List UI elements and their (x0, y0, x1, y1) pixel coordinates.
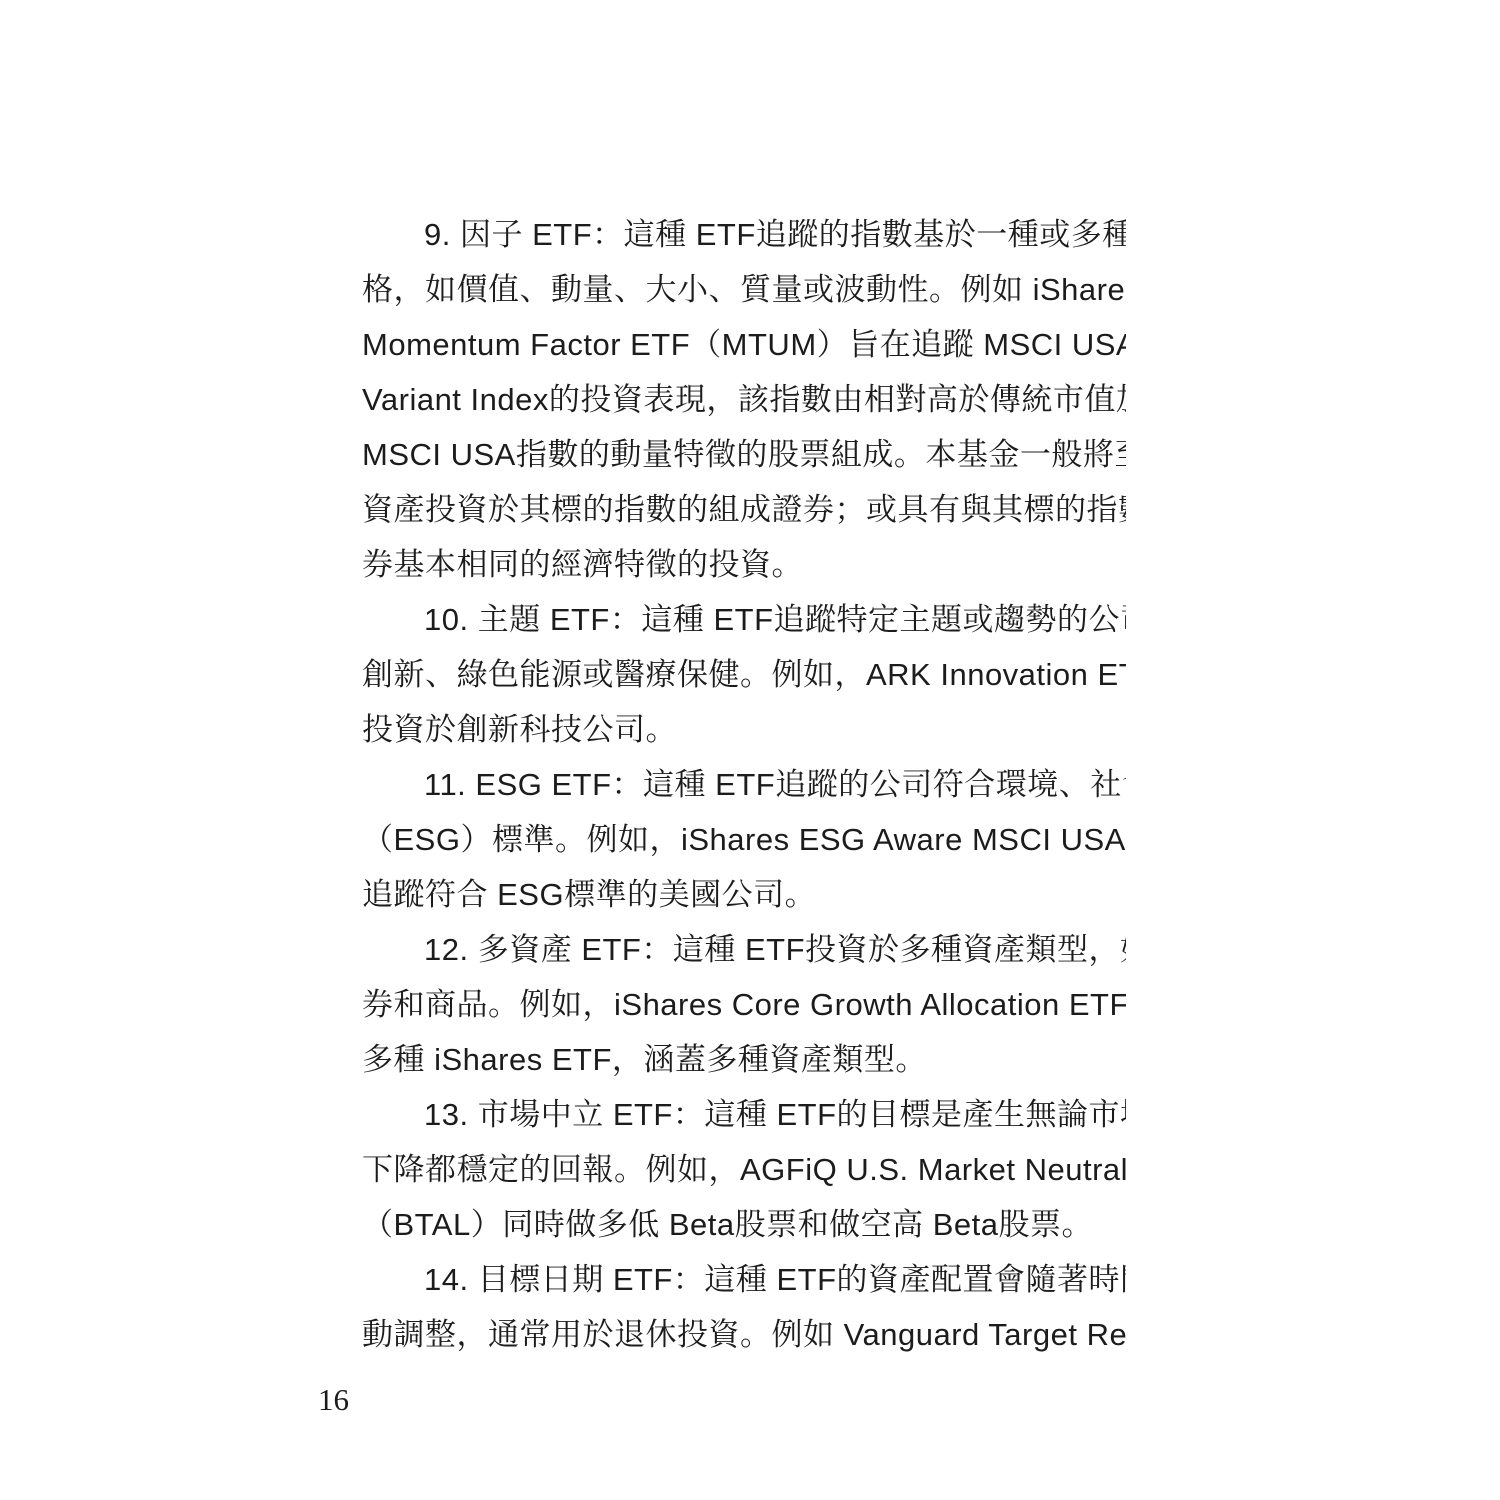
text-line: 13. 市場中立 ETF：這種 ETF的目標是產生無論市場上升還是 (362, 1087, 1126, 1142)
text-line: 動調整，通常用於退休投資。例如 Vanguard Target Retireme… (362, 1307, 1126, 1362)
text-line: Momentum Factor ETF（MTUM）旨在追蹤 MSCI USA M… (362, 317, 1126, 372)
text-line: MSCI USA指數的動量特徵的股票組成。本基金一般將至少 80%的 (362, 427, 1126, 482)
text-line: 11. ESG ETF：這種 ETF追蹤的公司符合環境、社會和治理 (362, 757, 1126, 812)
page-number: 16 (318, 1382, 349, 1418)
text-line: 下降都穩定的回報。例如，AGFiQ U.S. Market Neutral An… (362, 1142, 1126, 1197)
text-line: 14. 目標日期 ETF：這種 ETF的資產配置會隨著時間的推移自 (362, 1252, 1126, 1307)
paragraph-target-date-etf: 14. 目標日期 ETF：這種 ETF的資產配置會隨著時間的推移自 動調整，通常… (362, 1252, 1126, 1362)
text-line: 格，如價值、動量、大小、質量或波動性。例如 iShares MSCI USA (362, 262, 1126, 317)
text-line: 10. 主題 ETF：這種 ETF追蹤特定主題或趨勢的公司；如科技 (362, 592, 1126, 647)
paragraph-theme-etf: 10. 主題 ETF：這種 ETF追蹤特定主題或趨勢的公司；如科技 創新、綠色能… (362, 592, 1126, 757)
text-line: 12. 多資產 ETF：這種 ETF投資於多種資產類型，如股票、債 (362, 922, 1126, 977)
text-line: （BTAL）同時做多低 Beta股票和做空高 Beta股票。 (362, 1197, 1126, 1252)
text-line: 券基本相同的經濟特徵的投資。 (362, 537, 1126, 592)
paragraph-esg-etf: 11. ESG ETF：這種 ETF追蹤的公司符合環境、社會和治理 （ESG）標… (362, 757, 1126, 922)
text-line: 9. 因子 ETF：這種 ETF追蹤的指數基於一種或多種投資風 (362, 207, 1126, 262)
text-line: 券和商品。例如，iShares Core Growth Allocation E… (362, 977, 1126, 1032)
text-line: 資產投資於其標的指數的組成證券；或具有與其標的指數組成證 (362, 482, 1126, 537)
text-line: 投資於創新科技公司。 (362, 702, 1126, 757)
text-line: Variant Index的投資表現，該指數由相對高於傳統市值加權母指數 (362, 372, 1126, 427)
paragraph-market-neutral-etf: 13. 市場中立 ETF：這種 ETF的目標是產生無論市場上升還是 下降都穩定的… (362, 1087, 1126, 1252)
document-page: 9. 因子 ETF：這種 ETF追蹤的指數基於一種或多種投資風 格，如價值、動量… (0, 0, 1500, 1500)
text-line: 多種 iShares ETF，涵蓋多種資產類型。 (362, 1032, 1126, 1087)
paragraph-factor-etf: 9. 因子 ETF：這種 ETF追蹤的指數基於一種或多種投資風 格，如價值、動量… (362, 207, 1126, 592)
paragraph-multi-asset-etf: 12. 多資產 ETF：這種 ETF投資於多種資產類型，如股票、債 券和商品。例… (362, 922, 1126, 1087)
text-line: 創新、綠色能源或醫療保健。例如，ARK Innovation ETF（ARKK） (362, 647, 1126, 702)
text-block: 9. 因子 ETF：這種 ETF追蹤的指數基於一種或多種投資風 格，如價值、動量… (362, 207, 1126, 1362)
text-line: 追蹤符合 ESG標準的美國公司。 (362, 867, 1126, 922)
text-line: （ESG）標準。例如，iShares ESG Aware MSCI USA ET… (362, 812, 1126, 867)
